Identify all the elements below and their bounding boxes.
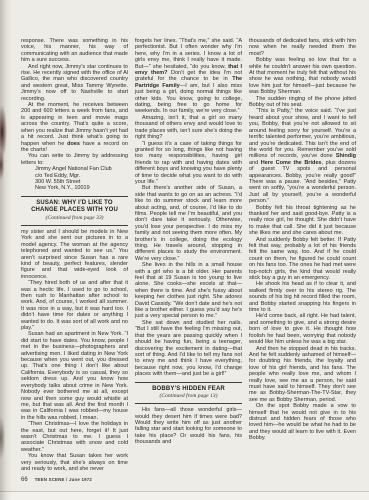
article-paragraph: “They hired both of us and after that it… — [21, 280, 128, 331]
fan-club-intro: You can write to Jimmy by addressing let… — [21, 153, 128, 166]
article-paragraph: She sat down and studied her nails. “But… — [135, 320, 242, 378]
article-paragraph: His fans—all those wonderful girls—would… — [135, 407, 242, 445]
magazine-label: TEEN SCENE / June 1972 — [35, 477, 92, 482]
article-paragraph: thousands of dedicated fans, stick with … — [249, 38, 356, 57]
article-paragraph: forgets her lines. “That’s me,” she said… — [135, 38, 242, 115]
article-paragraph: On the spot Bobby made a vow to himself … — [249, 403, 356, 441]
magazine-page: response. There was something in his voi… — [0, 0, 369, 500]
column-2: forgets her lines. “That’s me,” she said… — [135, 38, 242, 483]
text-columns: response. There was something in his voi… — [21, 38, 356, 483]
scan-edge-artifact — [0, 0, 12, 500]
heading-continued-note: (Continued from page 33) — [21, 215, 128, 222]
heading-continued-note: (Continued from page 13) — [135, 393, 242, 400]
article-paragraph: She lives in the hills in a small house … — [135, 262, 242, 320]
page-bottom-edge — [0, 491, 369, 492]
fan-club-address: Jimmy Angel National Fan Club c/o Ted Ed… — [35, 166, 128, 192]
heading-title-line1: SUSAN: WHY I’D LIKE TO — [21, 200, 128, 208]
article-paragraph: “I guess it’s a case of taking things fo… — [135, 141, 242, 186]
page-footer: 66 TEEN SCENE / June 1972 — [21, 477, 128, 483]
article-paragraph: Susan had an apartment in New York. “I d… — [21, 331, 128, 421]
column-3: thousands of dedicated fans, stick with … — [249, 38, 356, 483]
address-line: New York, N.Y., 10019 — [35, 185, 128, 191]
heading-rule-bottom — [21, 225, 128, 226]
article-paragraph: He’d come back, all right. He had talent… — [249, 313, 356, 345]
article-paragraph: The sudden ringing of the phone jolted B… — [249, 96, 356, 109]
article-paragraph: Amazing, isn’t it, that a girl so many t… — [135, 115, 242, 141]
article-paragraph: At the moment, he receives between 200 a… — [21, 102, 128, 153]
bobby-article-heading: BOBBY’S HIDDEN FEAR (Continued from page… — [135, 382, 242, 405]
heading-title-line2: CHANGE PLACES WITH YOU — [21, 207, 128, 215]
heading-rule-top — [21, 196, 128, 197]
page-bottom-margin — [0, 492, 369, 500]
article-paragraph: He shook his head as if to clear it, and… — [249, 281, 356, 313]
article-paragraph: Bobby was feeling so low that for a whil… — [249, 57, 356, 95]
article-paragraph: response. There was something in his voi… — [21, 38, 128, 64]
article-paragraph: And suddenly Bobby felt better. If Patty… — [249, 237, 356, 282]
article-paragraph: my sister and I should be models in New … — [21, 229, 128, 280]
heading-title-line1: BOBBY’S HIDDEN FEAR — [135, 386, 242, 394]
article-paragraph: “Then Christmas—I love the holidays in t… — [21, 421, 128, 453]
article-paragraph: Bobby felt his throat tightening as he t… — [249, 205, 356, 237]
article-paragraph: But there’s another side of Susan, a sid… — [135, 185, 242, 262]
page-number: 66 — [21, 477, 28, 483]
article-paragraph: “This is Patty,” the voice said. “I’ve j… — [249, 108, 356, 204]
article-paragraph: And then he stopped dead in his tracks. … — [249, 346, 356, 404]
article-paragraph: And right now, Jimmy’s star continues to… — [21, 64, 128, 102]
heading-rule-bottom — [135, 403, 242, 404]
article-paragraph: You know that Susan takes her work very … — [21, 453, 128, 472]
column-1: response. There was something in his voi… — [21, 38, 128, 483]
heading-rule-top — [135, 382, 242, 383]
susan-article-heading: SUSAN: WHY I’D LIKE TO CHANGE PLACES WIT… — [21, 196, 128, 226]
